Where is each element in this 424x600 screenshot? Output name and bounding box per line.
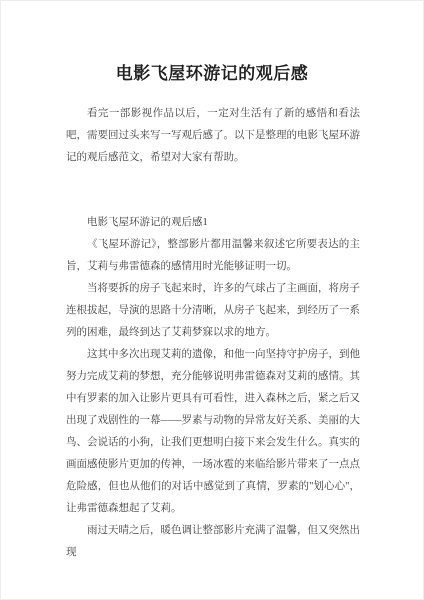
body-paragraph-2: 当将要拆的房子飞起来时，许多的气球占了主画面，将房子连根拔起，导演的思路十分清晰… — [66, 278, 360, 344]
document-page: 电影飞屋环游记的观后感 看完一部影视作品以后，一定对生活有了新的感悟和看法吧，需… — [0, 0, 424, 600]
body-paragraph-3: 这其中多次出现艾莉的遗像，和他一向坚持守护房子，到他努力完成艾莉的梦想，充分能够… — [66, 344, 360, 520]
intro-paragraph: 看完一部影视作品以后，一定对生活有了新的感悟和看法吧，需要回过头来写一写观后感了… — [66, 103, 360, 169]
body-paragraph-1: 《飞屋环游记》，整部影片都用温馨来叙述它所要表达的主旨，艾莉与弗雷德森的感情用时… — [66, 234, 360, 278]
section-heading: 电影飞屋环游记的观后感1 — [66, 212, 360, 234]
document-title: 电影飞屋环游记的观后感 — [1, 1, 423, 86]
document-body: 看完一部影视作品以后，一定对生活有了新的感悟和看法吧，需要回过头来写一写观后感了… — [66, 103, 360, 564]
body-paragraph-4: 雨过天晴之后，暖色调让整部影片充满了温馨，但又突然出现 — [66, 520, 360, 564]
